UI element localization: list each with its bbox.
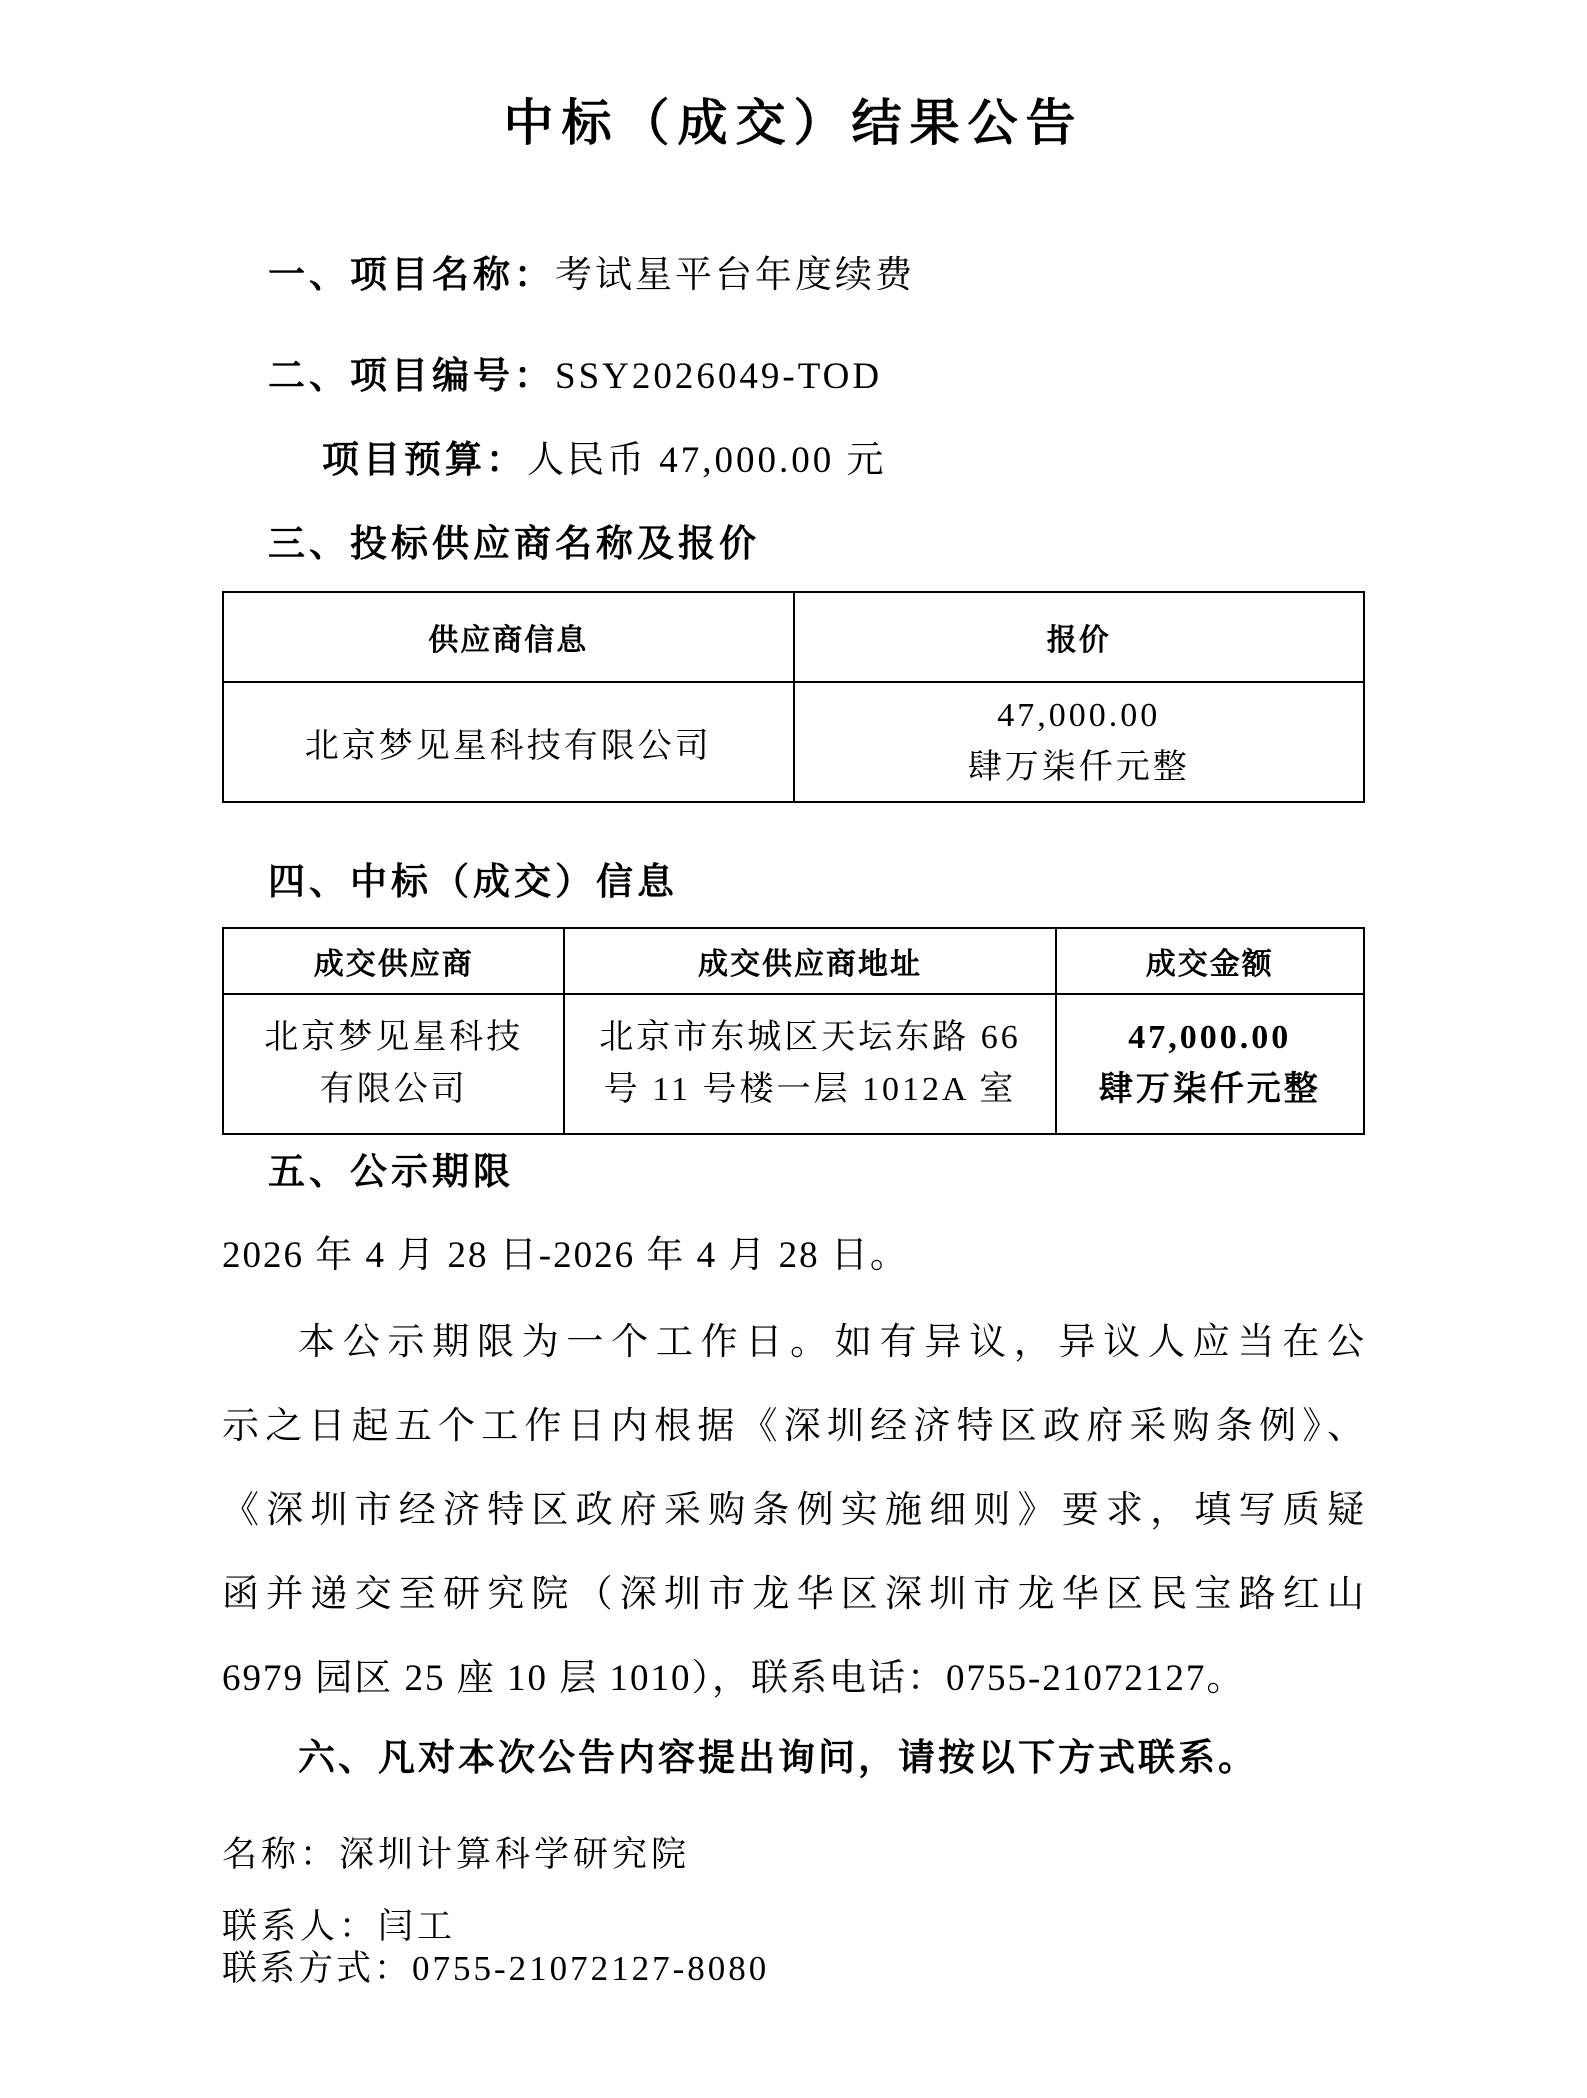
section-project-number: 二、项目编号：SSY2026049-TOD (222, 351, 1365, 402)
project-budget-value: 人民币 47,000.00 元 (527, 440, 887, 481)
publicity-heading: 五、公示期限 (222, 1147, 1365, 1197)
page-title: 中标（成交）结果公告 (222, 92, 1365, 154)
award-amount-cell: 47,000.00 肆万柒仟元整 (1056, 994, 1364, 1134)
paragraph-line: 《深圳市经济特区政府采购条例实施细则》要求，填写质疑 (222, 1469, 1365, 1553)
bidders-header-supplier: 供应商信息 (223, 592, 794, 682)
award-supplier-line1: 北京梦见星科技 (230, 1012, 557, 1064)
price-amount-words: 肆万柒仟元整 (801, 742, 1358, 794)
bidders-table-row: 北京梦见星科技有限公司 47,000.00 肆万柒仟元整 (223, 682, 1364, 802)
award-address-line1: 北京市东城区天坛东路 66 (571, 1012, 1048, 1064)
paragraph-line: 6979 园区 25 座 10 层 1010），联系电话：0755-210721… (222, 1637, 1365, 1721)
section-project-budget: 项目预算：人民币 47,000.00 元 (222, 435, 1365, 486)
bidders-header-price: 报价 (794, 592, 1365, 682)
price-amount: 47,000.00 (801, 690, 1358, 742)
bidders-heading: 三、投标供应商名称及报价 (222, 519, 1365, 569)
bidders-supplier-cell: 北京梦见星科技有限公司 (223, 682, 794, 802)
award-header-supplier: 成交供应商 (223, 928, 564, 994)
bidders-price-cell: 47,000.00 肆万柒仟元整 (794, 682, 1365, 802)
award-header-address: 成交供应商地址 (564, 928, 1055, 994)
contact-person: 联系人：闫工 (222, 1907, 1365, 1947)
award-table-row: 北京梦见星科技 有限公司 北京市东城区天坛东路 66 号 11 号楼一层 101… (223, 994, 1364, 1134)
paragraph-line: 示之日起五个工作日内根据《深圳经济特区政府采购条例》、 (222, 1385, 1365, 1469)
paragraph-line: 本公示期限为一个工作日。如有异议，异议人应当在公 (222, 1301, 1365, 1385)
bidders-table-header-row: 供应商信息 报价 (223, 592, 1364, 682)
award-table-header-row: 成交供应商 成交供应商地址 成交金额 (223, 928, 1364, 994)
bidders-table: 供应商信息 报价 北京梦见星科技有限公司 47,000.00 肆万柒仟元整 (222, 591, 1365, 803)
project-number-label: 二、项目编号： (268, 355, 555, 396)
contact-name: 名称：深圳计算科学研究院 (222, 1833, 1365, 1877)
award-amount-words: 肆万柒仟元整 (1063, 1064, 1357, 1116)
award-supplier-cell: 北京梦见星科技 有限公司 (223, 994, 564, 1134)
paragraph-line: 函并递交至研究院（深圳市龙华区深圳市龙华区民宝路红山 (222, 1553, 1365, 1637)
project-number-value: SSY2026049-TOD (555, 356, 882, 397)
project-budget-label: 项目预算： (322, 439, 527, 480)
document-page: 中标（成交）结果公告 一、项目名称：考试星平台年度续费 二、项目编号：SSY20… (0, 0, 1587, 2098)
award-table: 成交供应商 成交供应商地址 成交金额 北京梦见星科技 有限公司 北京市东城区天坛… (222, 927, 1365, 1135)
publicity-paragraph: 本公示期限为一个工作日。如有异议，异议人应当在公 示之日起五个工作日内根据《深圳… (222, 1301, 1365, 1721)
project-name-value: 考试星平台年度续费 (555, 255, 915, 296)
award-address-line2: 号 11 号楼一层 1012A 室 (571, 1064, 1048, 1116)
award-heading: 四、中标（成交）信息 (222, 857, 1365, 907)
inquiry-heading: 六、凡对本次公告内容提出询问，请按以下方式联系。 (222, 1733, 1365, 1783)
document-content: 中标（成交）结果公告 一、项目名称：考试星平台年度续费 二、项目编号：SSY20… (222, 92, 1365, 1989)
section-project-name: 一、项目名称：考试星平台年度续费 (222, 250, 1365, 301)
award-amount: 47,000.00 (1063, 1012, 1357, 1064)
award-header-amount: 成交金额 (1056, 928, 1364, 994)
contact-method: 联系方式：0755-21072127-8080 (222, 1949, 1365, 1989)
publicity-date: 2026 年 4 月 28 日-2026 年 4 月 28 日。 (222, 1233, 1365, 1279)
project-name-label: 一、项目名称： (268, 254, 555, 295)
award-supplier-line2: 有限公司 (230, 1064, 557, 1116)
award-address-cell: 北京市东城区天坛东路 66 号 11 号楼一层 1012A 室 (564, 994, 1055, 1134)
